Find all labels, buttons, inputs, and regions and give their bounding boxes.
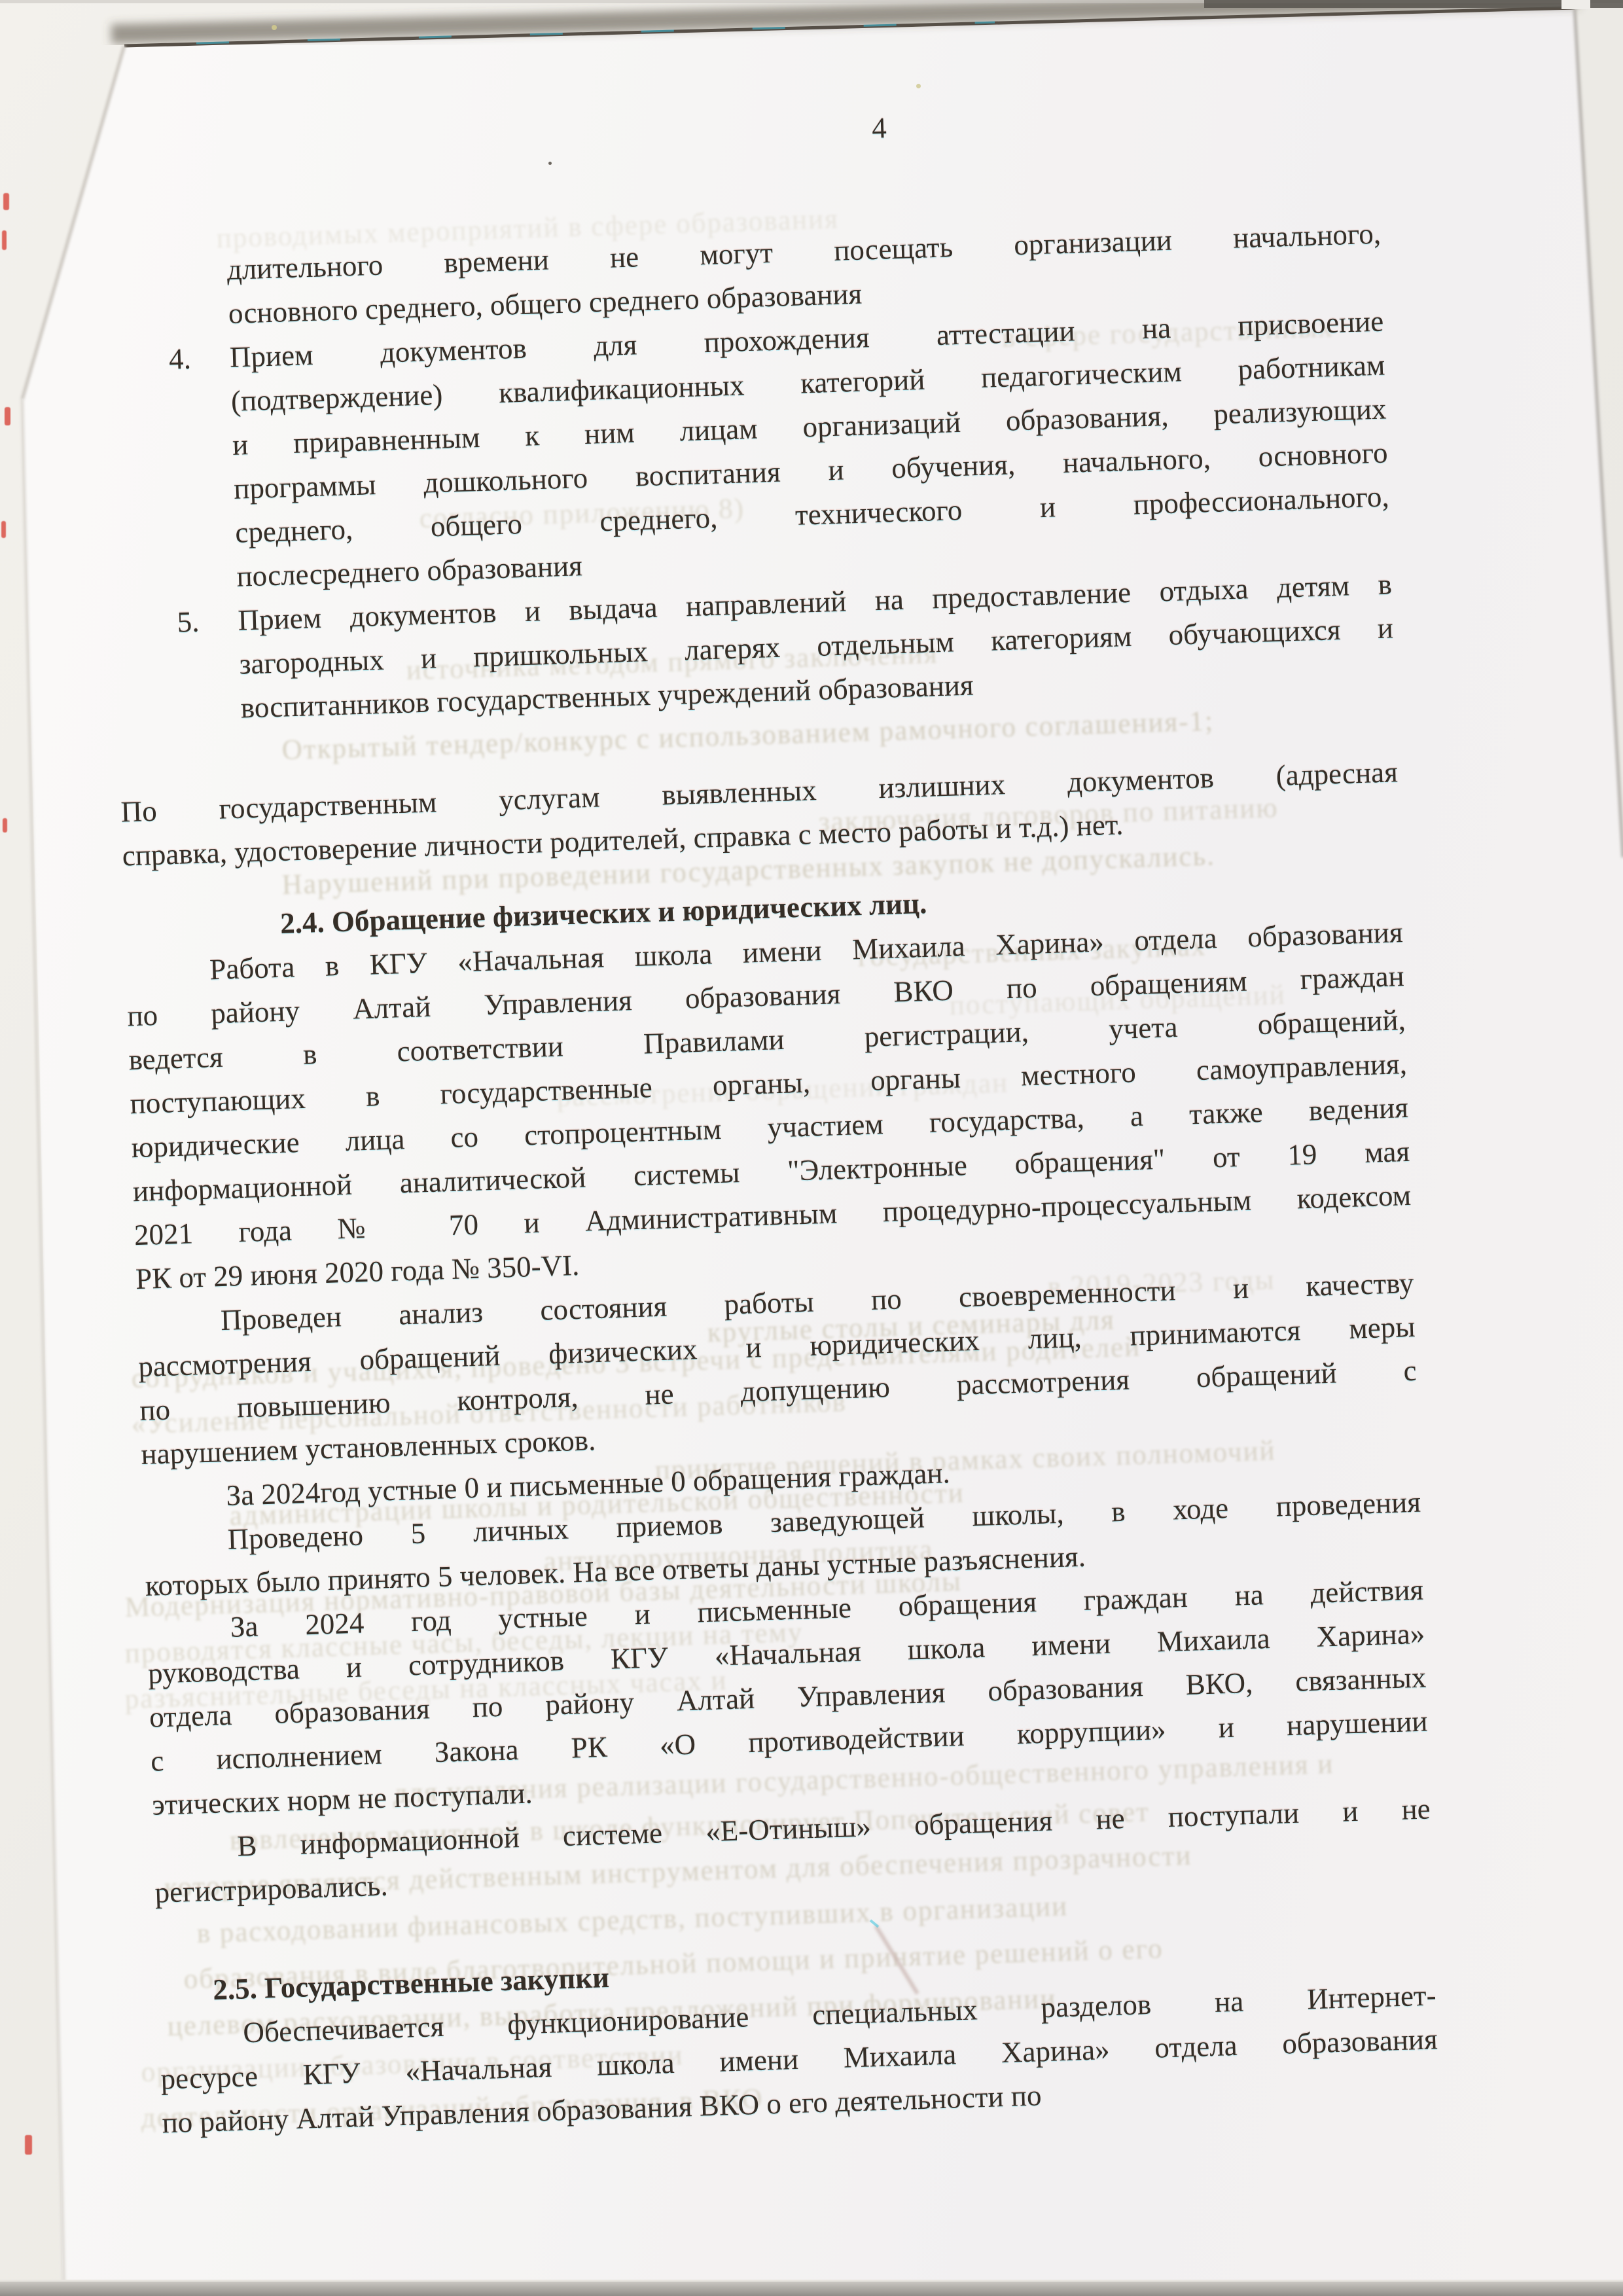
red-artifact-mark — [3, 818, 7, 833]
scan-top-dark-strip — [1204, 0, 1623, 8]
red-artifact-mark — [2, 230, 7, 250]
scanned-page: проводимых мероприятий в сфере образован… — [0, 0, 1623, 2296]
corner-fold-edge — [22, 46, 124, 399]
scratch-mark — [876, 1926, 918, 1994]
bottom-scan-band — [0, 2282, 1623, 2296]
scan-edges — [0, 0, 1623, 2296]
red-artifact-mark — [5, 407, 10, 425]
dust-speck — [916, 84, 921, 88]
red-artifact-mark — [1, 521, 6, 538]
red-artifact-mark — [3, 193, 9, 210]
paper-right-edge — [1575, 8, 1623, 857]
dust-speck — [272, 25, 277, 30]
scan-top-strip-notch — [1561, 0, 1590, 9]
dust-speck — [548, 162, 552, 165]
scratch-cyan-tip — [870, 1920, 878, 1927]
paper-left-edge — [22, 399, 64, 2294]
dust-speck — [974, 827, 977, 829]
red-artifact-mark — [25, 2135, 32, 2155]
